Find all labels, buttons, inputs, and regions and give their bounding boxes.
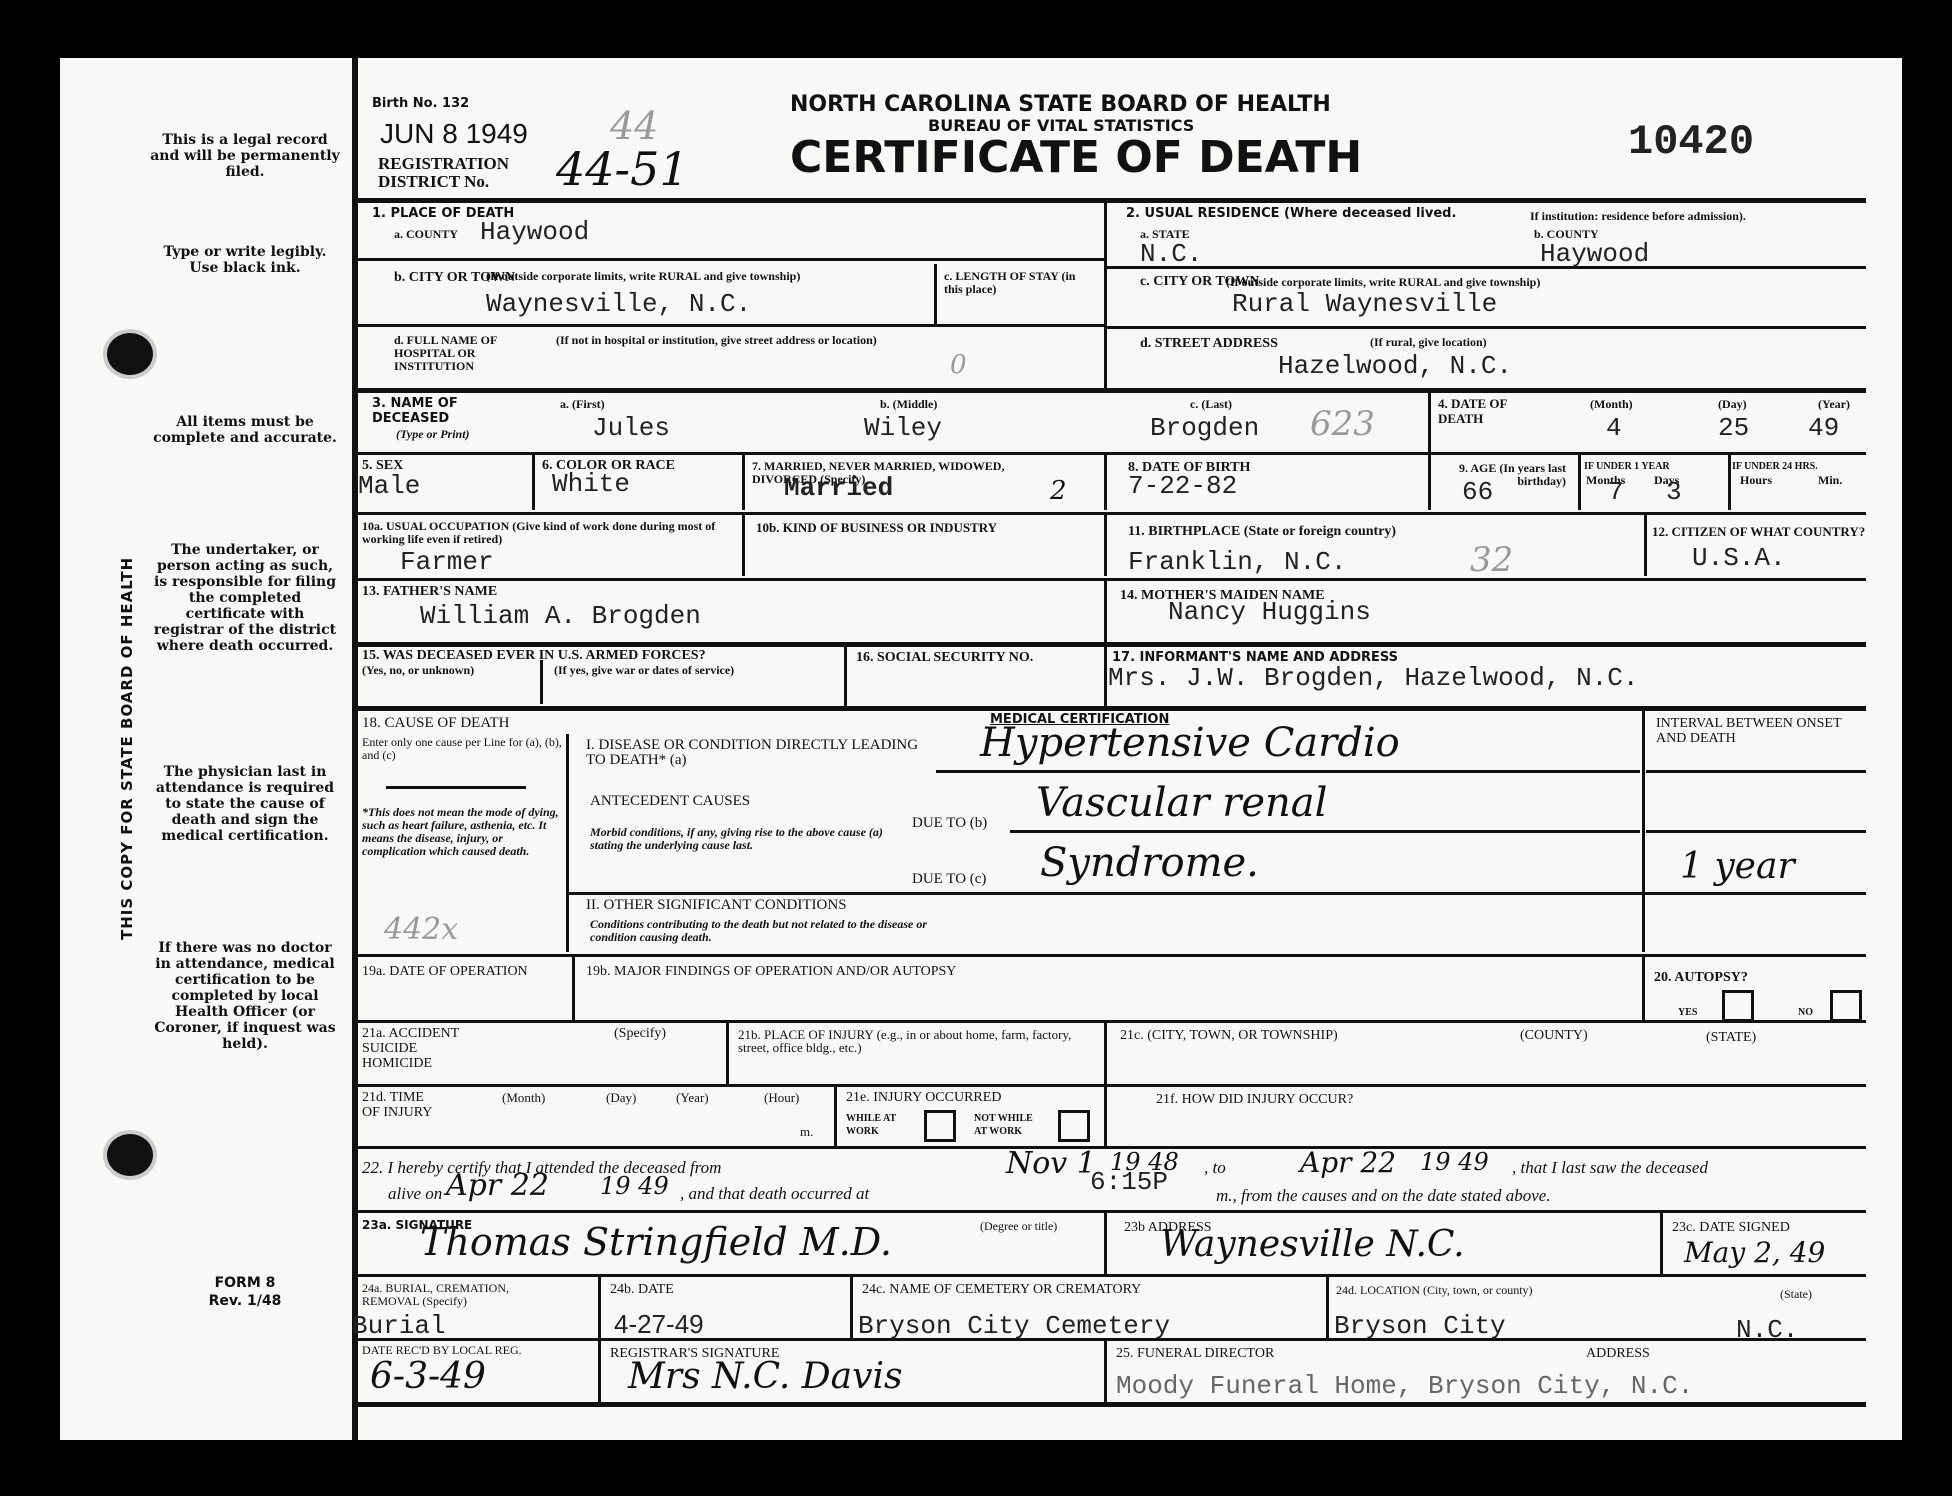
disposition-label: 24a. BURIAL, CREMATION, REMOVAL (Specify… <box>362 1282 562 1308</box>
divider <box>356 1210 1866 1213</box>
divider <box>356 578 1866 581</box>
middle-name-value[interactable]: Wiley <box>864 414 942 442</box>
hospital-label: d. FULL NAME OF HOSPITAL OR INSTITUTION <box>394 334 534 373</box>
divider <box>356 1402 1866 1407</box>
dod-month-value[interactable]: 4 <box>1606 414 1622 442</box>
cert-text-2: , that I last saw the deceased <box>1512 1160 1708 1175</box>
margin-note-legal: This is a legal record and will be perma… <box>150 132 340 180</box>
marital-code: 2 <box>1050 476 1067 506</box>
residence-street-value[interactable]: Hazelwood, N.C. <box>1278 352 1512 380</box>
cause-a-value[interactable]: Hypertensive Cardio <box>980 720 1400 766</box>
degree-label: (Degree or title) <box>980 1220 1057 1233</box>
birth-number: Birth No. 132 <box>372 96 469 111</box>
autopsy-no-label: NO <box>1798 1006 1813 1019</box>
alive-on-label: alive on <box>388 1186 442 1201</box>
under-24-hrs-label: IF UNDER 24 HRS. <box>1732 460 1818 473</box>
divider <box>1646 770 1866 773</box>
vertical-copy-label: THIS COPY FOR STATE BOARD OF HEALTH <box>118 557 136 940</box>
injury-day-label: (Day) <box>606 1090 636 1105</box>
age-years-value[interactable]: 66 <box>1462 478 1493 506</box>
marital-value[interactable]: Married <box>784 474 893 502</box>
hospital-note: (If not in hospital or institution, give… <box>556 334 877 347</box>
alive-on-year[interactable]: 19 49 <box>600 1172 669 1200</box>
age-days-value[interactable]: 3 <box>1666 478 1682 506</box>
other-conditions-label: II. OTHER SIGNIFICANT CONDITIONS <box>586 898 847 913</box>
divider <box>356 452 1866 455</box>
divider <box>356 1274 1866 1277</box>
deceased-name-label: 3. NAME OF DECEASED <box>372 396 492 426</box>
dod-day-value[interactable]: 25 <box>1718 414 1749 442</box>
dod-year-label: (Year) <box>1818 398 1850 411</box>
cause-code: 442x <box>384 912 458 947</box>
divider <box>1326 1276 1329 1338</box>
autopsy-yes-checkbox[interactable] <box>1722 990 1754 1022</box>
cause-note: *This does not mean the mode of dying, s… <box>362 806 562 858</box>
divider <box>1106 326 1866 329</box>
birthplace-label: 11. BIRTHPLACE (State or foreign country… <box>1128 524 1396 539</box>
interval-c-value[interactable]: 1 year <box>1680 846 1795 887</box>
burial-date-value[interactable]: 4-27-49 <box>614 1310 704 1338</box>
injury-county-label: (COUNTY) <box>1520 1028 1588 1043</box>
funeral-director-value[interactable]: Moody Funeral Home, Bryson City, N.C. <box>1116 1372 1693 1400</box>
divider <box>356 1084 1866 1087</box>
operation-date-label: 19a. DATE OF OPERATION <box>362 964 562 979</box>
death-county-value[interactable]: Haywood <box>480 218 589 246</box>
divider <box>356 388 1866 393</box>
divider <box>1646 892 1866 895</box>
under-1-year-label: IF UNDER 1 YEAR <box>1584 460 1670 473</box>
registration-label: REGISTRATION <box>378 154 509 174</box>
dod-year-value[interactable]: 49 <box>1808 414 1839 442</box>
dob-value[interactable]: 7-22-82 <box>1128 472 1237 500</box>
divider <box>726 1022 729 1084</box>
injury-state-label: (STATE) <box>1706 1030 1756 1045</box>
death-county-label: a. COUNTY <box>394 228 458 241</box>
burial-date-label: 24b. DATE <box>610 1282 674 1297</box>
citizen-label: 12. CITIZEN OF WHAT COUNTRY? <box>1652 524 1872 539</box>
divider <box>356 1338 1866 1341</box>
length-of-stay-label: c. LENGTH OF STAY (in this place) <box>944 270 1094 296</box>
divider <box>1642 708 1645 952</box>
residence-county-value[interactable]: Haywood <box>1540 240 1649 268</box>
cause-c-value[interactable]: Syndrome. <box>1040 840 1259 886</box>
divider <box>742 514 745 576</box>
punch-hole <box>107 1134 153 1176</box>
deceased-name-sub: (Type or Print) <box>396 428 470 441</box>
armed-forces-sub2: (If yes, give war or dates of service) <box>554 664 734 677</box>
cemetery-value[interactable]: Bryson City Cemetery <box>858 1312 1170 1340</box>
sex-value[interactable]: Male <box>358 472 420 500</box>
divider <box>1578 454 1581 510</box>
form-revision: Rev. 1/48 <box>150 1293 340 1309</box>
injury-occurred-label: 21e. INJURY OCCURRED <box>846 1090 1001 1105</box>
divider <box>356 324 1106 327</box>
father-label: 13. FATHER'S NAME <box>362 584 497 599</box>
business-label: 10b. KIND OF BUSINESS OR INDUSTRY <box>756 520 1096 535</box>
divider <box>1644 514 1647 576</box>
antecedent-note: Morbid conditions, if any, giving rise t… <box>590 826 900 852</box>
divider <box>1104 1086 1107 1146</box>
dod-month-label: (Month) <box>1590 398 1633 411</box>
findings-label: 19b. MAJOR FINDINGS OF OPERATION AND/OR … <box>586 964 956 979</box>
injury-year-label: (Year) <box>676 1090 709 1105</box>
not-at-work-checkbox[interactable] <box>1058 1110 1090 1142</box>
autopsy-label: 20. AUTOPSY? <box>1654 970 1748 985</box>
how-injury-label: 21f. HOW DID INJURY OCCUR? <box>1156 1092 1353 1107</box>
usual-residence-note: If institution: residence before admissi… <box>1530 210 1746 223</box>
divider <box>1104 1340 1107 1402</box>
death-city-value[interactable]: Waynesville, N.C. <box>486 290 751 318</box>
death-time[interactable]: 6:15P <box>1090 1168 1168 1196</box>
last-name-value[interactable]: Brogden <box>1150 414 1259 442</box>
divider <box>1646 830 1866 833</box>
burial-location-value[interactable]: Bryson City <box>1334 1312 1506 1340</box>
cause-b-value[interactable]: Vascular renal <box>1036 780 1327 826</box>
district-label: DISTRICT No. <box>378 172 489 192</box>
autopsy-yes-label: YES <box>1678 1006 1697 1019</box>
divider <box>1106 266 1866 269</box>
divider <box>356 642 1866 647</box>
attended-to-year[interactable]: 19 49 <box>1420 1148 1489 1176</box>
burial-state-label: (State) <box>1780 1288 1812 1301</box>
ssn-label: 16. SOCIAL SECURITY NO. <box>856 650 1033 665</box>
hospital-value[interactable]: 0 <box>950 350 967 380</box>
divider <box>844 644 847 706</box>
place-of-injury-label: 21b. PLACE OF INJURY (e.g., in or about … <box>738 1028 1100 1054</box>
other-conditions-note: Conditions contributing to the death but… <box>590 918 930 944</box>
not-at-work-label: NOT WHILE AT WORK <box>974 1112 1044 1138</box>
age-months-value[interactable]: 7 <box>1608 478 1624 506</box>
residence-street-note: (If rural, give location) <box>1370 336 1487 349</box>
divider <box>356 258 1106 261</box>
citizen-value[interactable]: U.S.A. <box>1692 544 1786 572</box>
divider <box>1428 392 1431 452</box>
due-to-c-label: DUE TO (c) <box>912 872 986 887</box>
divider <box>1104 200 1107 390</box>
divider <box>1104 514 1107 576</box>
armed-forces-sub1: (Yes, no, or unknown) <box>362 664 474 677</box>
autopsy-no-checkbox[interactable] <box>1830 990 1862 1022</box>
divider <box>356 706 1866 711</box>
accident-label: 21a. ACCIDENT SUICIDE HOMICIDE <box>362 1026 482 1071</box>
divider <box>1104 454 1107 510</box>
birthplace-code: 32 <box>1470 540 1513 580</box>
margin-note-no-doctor: If there was no doctor in attendance, me… <box>150 940 340 1052</box>
divider <box>356 198 1866 203</box>
injury-m-label: m. <box>800 1124 813 1139</box>
residence-street-label: d. STREET ADDRESS <box>1140 336 1278 351</box>
last-name-code: 623 <box>1310 404 1375 444</box>
cert-text-3: , and that death occurred at <box>680 1186 869 1201</box>
funeral-address-label: ADDRESS <box>1586 1346 1650 1361</box>
registrar-signature[interactable]: Mrs N.C. Davis <box>628 1356 902 1397</box>
time-of-injury-label: 21d. TIME OF INJURY <box>362 1090 442 1120</box>
hours-label: Hours <box>1740 474 1772 487</box>
divider <box>1660 1212 1663 1274</box>
cause-instructions: Enter only one cause per Line for (a), (… <box>362 736 562 762</box>
cert-text-4: m., from the causes and on the date stat… <box>1216 1188 1551 1203</box>
divider <box>386 786 526 789</box>
first-name-label: a. (First) <box>560 398 605 411</box>
physician-signature[interactable]: Thomas Stringfield M.D. <box>420 1220 892 1264</box>
dod-day-label: (Day) <box>1718 398 1747 411</box>
while-at-work-checkbox[interactable] <box>924 1110 956 1142</box>
divider <box>834 1086 837 1146</box>
injury-city-label: 21c. (CITY, TOWN, OR TOWNSHIP) <box>1120 1028 1338 1043</box>
residence-city-value[interactable]: Rural Waynesville <box>1232 290 1497 318</box>
usual-residence-label: 2. USUAL RESIDENCE (Where deceased lived… <box>1126 206 1456 221</box>
divider <box>356 1020 1866 1023</box>
mother-value[interactable]: Nancy Huggins <box>1168 598 1371 626</box>
antecedent-label: ANTECEDENT CAUSES <box>590 794 750 809</box>
form-number: FORM 8 <box>150 1275 340 1291</box>
divider <box>850 1276 853 1338</box>
attended-to-date[interactable]: Apr 22 <box>1300 1146 1396 1179</box>
attended-from-date[interactable]: Nov 1 <box>1006 1146 1096 1181</box>
divider <box>356 954 1866 957</box>
first-name-value[interactable]: Jules <box>592 414 670 442</box>
divider <box>1104 580 1107 642</box>
divider <box>1104 1022 1107 1084</box>
divider <box>598 1276 601 1338</box>
last-name-label: c. (Last) <box>1190 398 1232 411</box>
divider <box>1104 644 1107 706</box>
date-of-death-label: 4. DATE OF DEATH <box>1438 396 1518 426</box>
physician-address[interactable]: Waynesville N.C. <box>1160 1224 1465 1265</box>
interval-label: INTERVAL BETWEEN ONSET AND DEATH <box>1656 716 1866 746</box>
date-signed-label: 23c. DATE SIGNED <box>1672 1220 1790 1235</box>
disposition-value[interactable]: Burial <box>352 1312 446 1340</box>
divider <box>1010 830 1640 833</box>
residence-state-value[interactable]: N.C. <box>1140 240 1202 268</box>
margin-note-type: Type or write legibly. Use black ink. <box>150 244 340 276</box>
punch-hole <box>107 333 153 375</box>
alive-on-date[interactable]: Apr 22 <box>446 1168 549 1203</box>
divider <box>936 770 1640 773</box>
divider <box>532 454 535 510</box>
divider <box>356 512 1866 515</box>
certificate-number: 10420 <box>1628 120 1754 164</box>
margin-note-undertaker: The undertaker, or person acting as such… <box>150 542 340 654</box>
minutes-label: Min. <box>1818 474 1842 487</box>
occupation-label: 10a. USUAL OCCUPATION (Give kind of work… <box>362 520 742 546</box>
occupation-value[interactable]: Farmer <box>400 548 494 576</box>
divider <box>598 1340 601 1402</box>
certificate-title: CERTIFICATE OF DEATH <box>790 132 1362 183</box>
margin-note-complete: All items must be complete and accurate. <box>150 414 340 446</box>
cause-of-death-label: 18. CAUSE OF DEATH <box>362 716 510 731</box>
informant-value[interactable]: Mrs. J.W. Brogden, Hazelwood, N.C. <box>1108 664 1639 692</box>
burial-location-label: 24d. LOCATION (City, town, or county) <box>1336 1284 1533 1297</box>
disease-label: I. DISEASE OR CONDITION DIRECTLY LEADING… <box>586 738 926 768</box>
injury-month-label: (Month) <box>502 1090 545 1105</box>
birthplace-value[interactable]: Franklin, N.C. <box>1128 548 1346 576</box>
armed-forces-label: 15. WAS DECEASED EVER IN U.S. ARMED FORC… <box>362 648 706 663</box>
middle-name-label: b. (Middle) <box>880 398 937 411</box>
funeral-director-label: 25. FUNERAL DIRECTOR <box>1116 1346 1274 1361</box>
registration-number: 44-51 <box>556 142 689 196</box>
due-to-b-label: DUE TO (b) <box>912 816 987 831</box>
divider <box>934 264 937 324</box>
margin-note-physician: The physician last in attendance is requ… <box>150 764 340 844</box>
age-label: 9. AGE (In years last birthday) <box>1436 462 1566 488</box>
divider <box>1728 454 1731 510</box>
divider <box>572 956 575 1020</box>
divider <box>566 734 569 952</box>
divider <box>1104 1212 1107 1274</box>
divider <box>1642 956 1645 1020</box>
date-signed-value[interactable]: May 2, 49 <box>1684 1236 1825 1269</box>
while-at-work-label: WHILE AT WORK <box>846 1112 904 1138</box>
accident-specify-label: (Specify) <box>614 1026 666 1041</box>
injury-hour-label: (Hour) <box>764 1090 799 1105</box>
divider <box>540 660 543 704</box>
death-city-note: (If outside corporate limits, write RURA… <box>486 270 906 283</box>
cemetery-label: 24c. NAME OF CEMETERY OR CREMATORY <box>862 1282 1141 1297</box>
date-received-value[interactable]: 6-3-49 <box>370 1356 486 1397</box>
race-value[interactable]: White <box>552 470 630 498</box>
agency-name: NORTH CAROLINA STATE BOARD OF HEALTH <box>790 92 1331 117</box>
residence-city-note: (If outside corporate limits, write RURA… <box>1226 276 1540 289</box>
divider <box>742 454 745 510</box>
divider <box>1428 454 1431 510</box>
cert-to-label: , to <box>1204 1160 1226 1175</box>
received-stamp-date: JUN 8 1949 <box>380 118 528 150</box>
father-value[interactable]: William A. Brogden <box>420 602 701 630</box>
